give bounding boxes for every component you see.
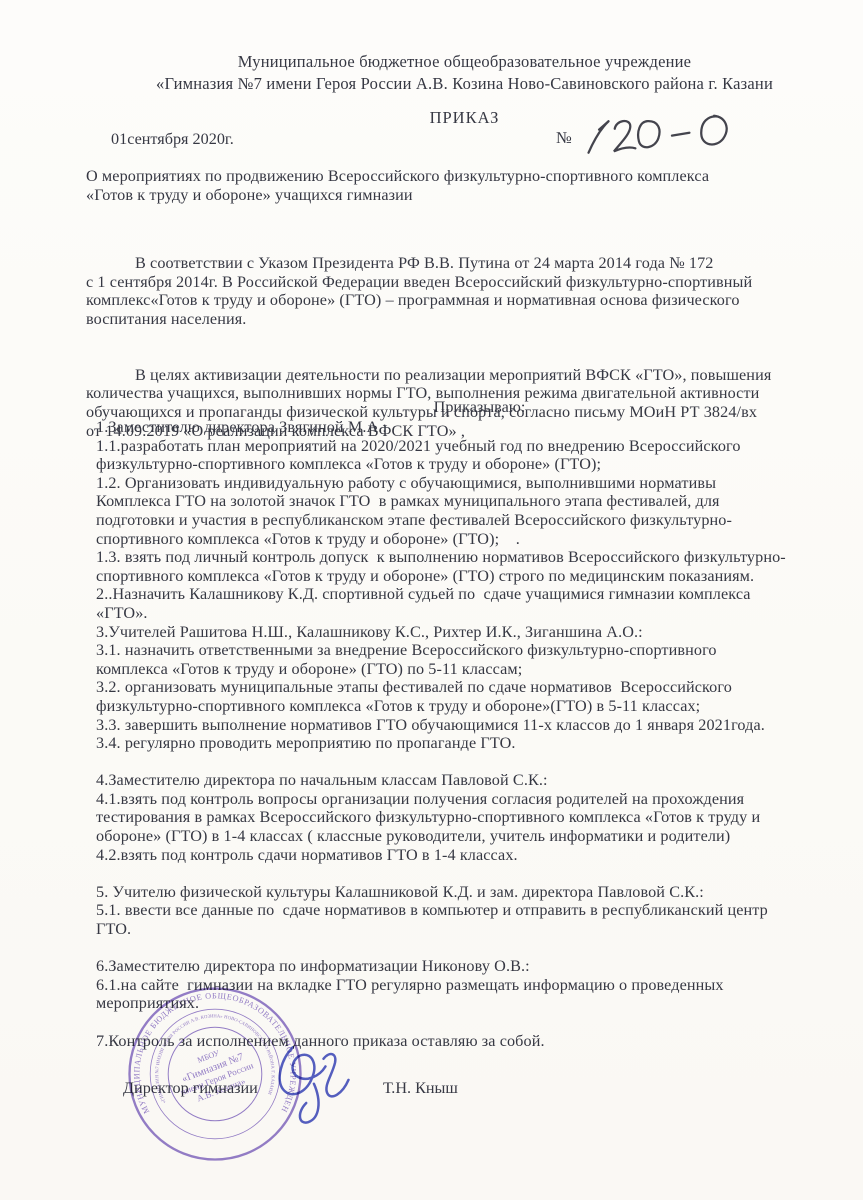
handwritten-digit-2	[612, 121, 635, 152]
preamble-paragraph-1: В соответствии с Указом Президента РФ В.…	[86, 254, 771, 328]
order-number-label: №	[556, 128, 572, 148]
signatory-name: Т.Н. Кныш	[383, 1079, 458, 1098]
director-signature	[264, 1030, 360, 1126]
stamp-center-text: МБОУ «Гимназия №7 имени Героя России А.В…	[171, 1038, 259, 1108]
order-subject: О мероприятиях по продвижению Всероссийс…	[86, 167, 709, 204]
handwritten-letter-o	[700, 115, 727, 145]
org-name-line1: Муниципальное бюджетное общеобразователь…	[0, 52, 863, 72]
scanned-order-document: Муниципальное бюджетное общеобразователь…	[0, 0, 863, 1200]
org-name-line2: «Гимназия №7 имени Героя России А.В. Коз…	[0, 74, 863, 94]
order-date: 01сентября 2020г.	[111, 130, 234, 149]
handwritten-digit-1	[587, 121, 610, 152]
handwritten-digit-0	[637, 121, 660, 148]
signature-loop-1	[280, 1047, 326, 1094]
handwritten-digit-1-flag	[599, 121, 609, 129]
handwritten-dash	[672, 133, 690, 136]
order-number-handwriting: 120- О	[572, 112, 758, 156]
order-heading: Приказываю:	[0, 398, 863, 417]
order-items: 1.Заместителю директора Звягиной М.А.: 1…	[96, 418, 786, 1050]
signature-loop-2	[324, 1054, 349, 1096]
